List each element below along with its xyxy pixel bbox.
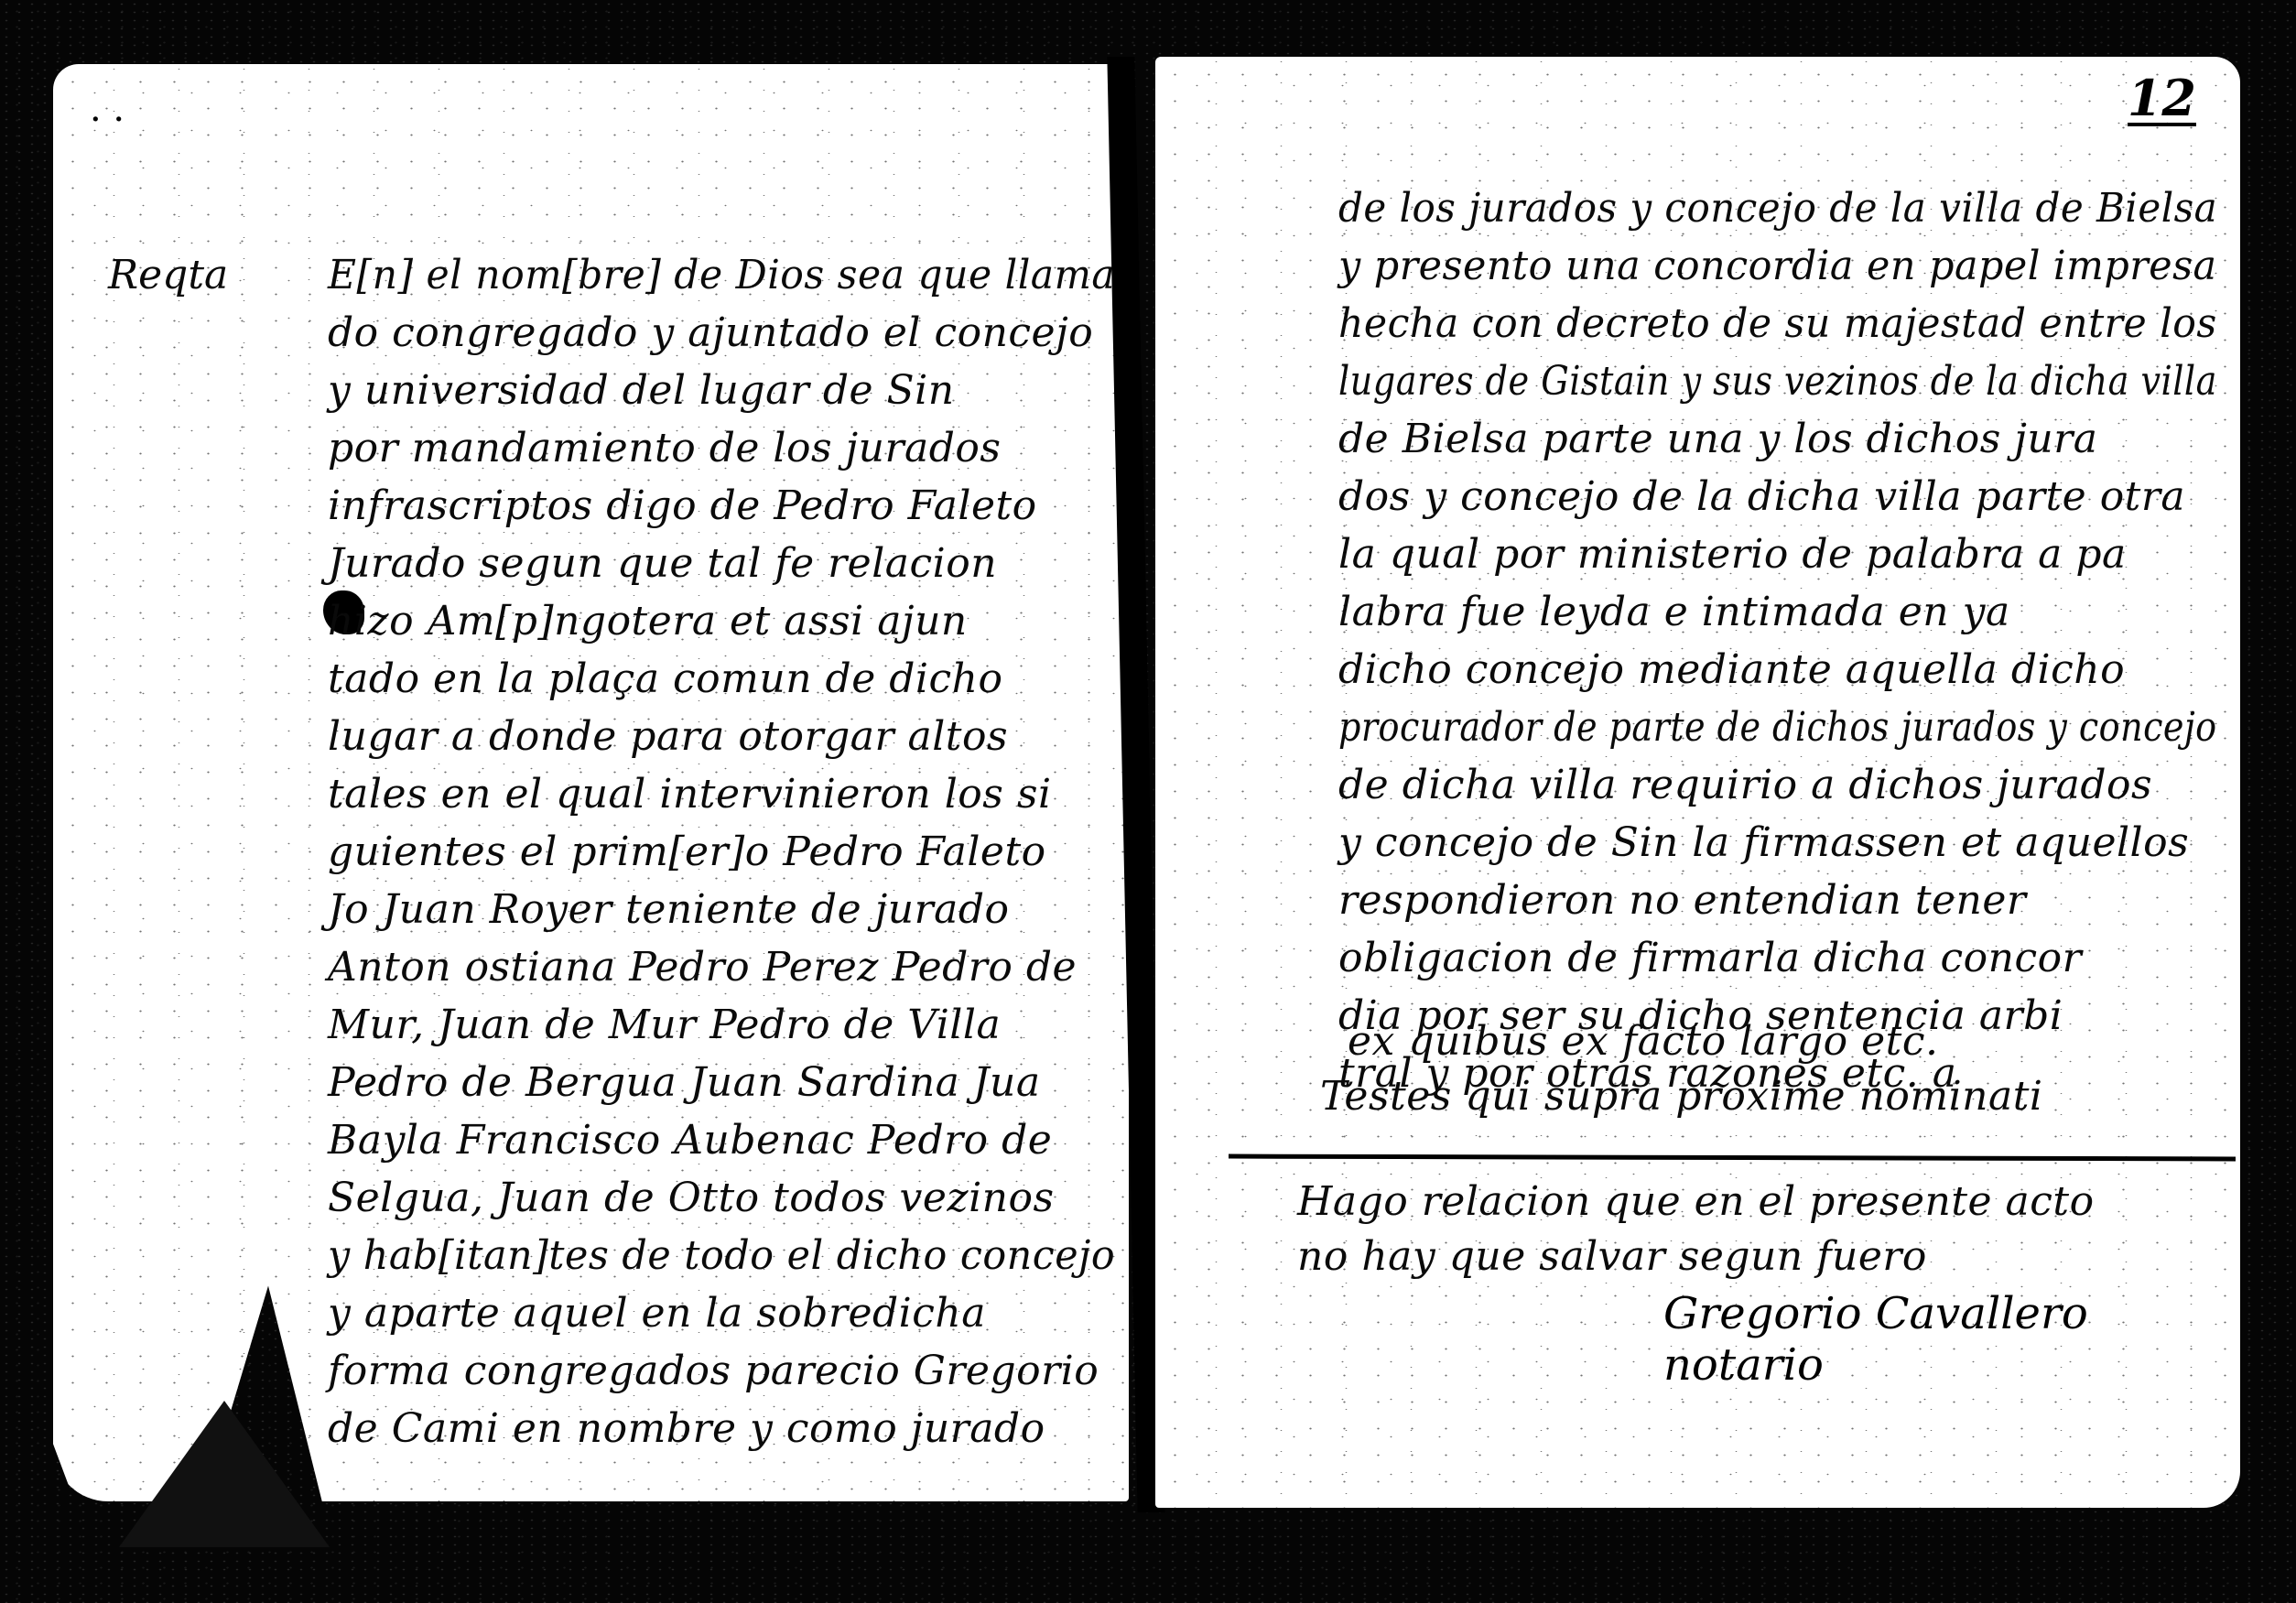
- text-line: lugar a donde para otorgar altos: [328, 713, 1008, 760]
- margin-note: Reqta: [108, 252, 228, 298]
- page-number: 12: [2128, 73, 2196, 126]
- text-line: y universidad del lugar de Sin: [328, 367, 955, 414]
- text-line: de los jurados y concejo de la villa de …: [1338, 185, 2217, 232]
- text-line: y hab[itan]tes de todo el dicho concejo: [328, 1232, 1115, 1279]
- text-line: y concejo de Sin la firmassen et aquello…: [1338, 819, 2189, 866]
- corner-dots: · ·: [90, 99, 125, 141]
- text-line: guientes el prim[er]o Pedro Faleto: [328, 829, 1046, 875]
- text-line: de Bielsa parte una y los dichos jura: [1338, 416, 2098, 462]
- text-line: labra fue leyda e intimada en ya: [1338, 589, 2010, 635]
- text-line: Testes qui supra proxime nominati: [1320, 1073, 2043, 1120]
- text-line: y presento una concordia en papel impres…: [1338, 243, 2217, 289]
- text-line: lugares de Gistain y sus vezinos de la d…: [1338, 358, 2217, 405]
- text-line: Bayla Francisco Aubenac Pedro de: [328, 1117, 1052, 1164]
- horizontal-divider: [1229, 1154, 2236, 1162]
- text-line: por mandamiento de los jurados: [328, 425, 1002, 471]
- closing-note-line: no hay que salvar segun fuero: [1297, 1233, 1927, 1280]
- text-line: Jo Juan Royer teniente de jurado: [328, 886, 1010, 933]
- text-line: Jurado segun que tal fe relacion: [328, 540, 997, 587]
- text-line: y aparte aquel en la sobredicha: [328, 1290, 986, 1337]
- right-page: 12 de los jurados y concejo de la villa …: [1155, 57, 2240, 1508]
- notary-signature: Gregorio Cavallero notario: [1663, 1288, 2240, 1391]
- text-line: respondieron no entendian tener: [1338, 877, 2026, 924]
- text-line: hizo Am[p]ngotera et assi ajun: [328, 598, 968, 644]
- text-line: procurador de parte de dichos jurados y …: [1338, 704, 2217, 751]
- closing-note-line: Hago relacion que en el presente acto: [1297, 1178, 2095, 1225]
- text-line: Pedro de Bergua Juan Sardina Jua: [328, 1059, 1041, 1106]
- text-line: tado en la plaça comun de dicho: [328, 655, 1002, 702]
- text-line: Mur, Juan de Mur Pedro de Villa: [328, 1002, 1001, 1048]
- left-page: · · Reqta E[n] el nom[bre] de Dios sea q…: [53, 64, 1129, 1501]
- text-line: E[n] el nom[bre] de Dios sea que llama: [328, 252, 1115, 298]
- text-line: hecha con decreto de su majestad entre l…: [1338, 300, 2217, 347]
- text-line: do congregado y ajuntado el concejo: [328, 309, 1093, 356]
- text-line: Anton ostiana Pedro Perez Pedro de: [328, 944, 1077, 991]
- text-line: obligacion de firmarla dicha concor: [1338, 935, 2082, 981]
- text-line: forma congregados parecio Gregorio: [328, 1348, 1099, 1394]
- text-line: tales en el qual intervinieron los si: [328, 771, 1052, 818]
- page-corner-fold: [119, 1401, 330, 1547]
- text-line: la qual por ministerio de palabra a pa: [1338, 531, 2127, 578]
- text-line: de dicha villa requirio a dichos jurados: [1338, 762, 2152, 808]
- text-line: Selgua, Juan de Otto todos vezinos: [328, 1175, 1055, 1221]
- text-line: de Cami en nombre y como jurado: [328, 1405, 1045, 1452]
- text-line: dos y concejo de la dicha villa parte ot…: [1338, 473, 2185, 520]
- text-line: infrascriptos digo de Pedro Faleto: [328, 482, 1037, 529]
- text-line: dicho concejo mediante aquella dicho: [1338, 646, 2125, 693]
- text-line: ex quibus ex facto largo etc.: [1348, 1018, 1938, 1065]
